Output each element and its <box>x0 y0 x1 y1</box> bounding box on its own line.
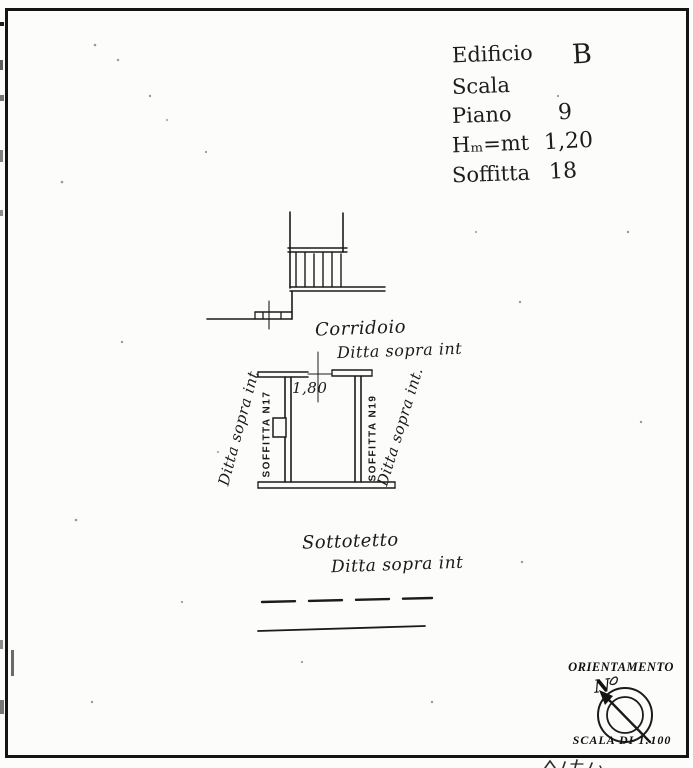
field-label: Edificio <box>452 41 533 68</box>
field-label: Scala <box>452 73 511 99</box>
opening-dimension-label: 1,80 <box>292 379 327 397</box>
left-attic-unit-label: SOFFITTA N17 <box>262 398 273 478</box>
header-row-scala: Scala <box>452 74 682 98</box>
field-value: 18 <box>548 158 577 184</box>
field-label: Piano <box>452 102 512 128</box>
scanned-floor-plan-sheet: Edificio B Scala Piano 9 Hₘ=mt 1,20 Soff… <box>0 0 693 768</box>
boundary-lines <box>258 598 432 631</box>
field-value: B <box>571 39 592 71</box>
header-row-soffitta: Soffitta 18 <box>452 162 682 186</box>
header-row-altezza: Hₘ=mt 1,20 <box>452 132 682 156</box>
dashed-boundary-line <box>262 598 432 602</box>
header-row-piano: Piano 9 <box>452 103 682 127</box>
staircase <box>288 212 385 291</box>
north-label: N <box>593 675 612 698</box>
scale-label: SCALA DI 1:100 <box>564 733 680 748</box>
field-value: 9 <box>557 100 572 126</box>
solid-boundary-line <box>258 626 425 631</box>
wall-niche <box>273 418 286 437</box>
cut-off-handwriting <box>545 760 601 768</box>
corridor-landing <box>207 291 292 329</box>
header-row-edificio: Edificio B <box>452 42 682 66</box>
field-label: Soffitta <box>452 161 531 188</box>
corridor-label: Corridoio <box>315 316 407 340</box>
field-label: Hₘ=mt <box>452 131 530 158</box>
attic-label: Sottotetto <box>302 529 399 553</box>
field-value: 1,20 <box>543 128 593 156</box>
orientation-title: ORIENTAMENTO <box>566 660 676 675</box>
north-flag-curl <box>610 677 617 684</box>
scan-artifacts <box>0 22 14 714</box>
